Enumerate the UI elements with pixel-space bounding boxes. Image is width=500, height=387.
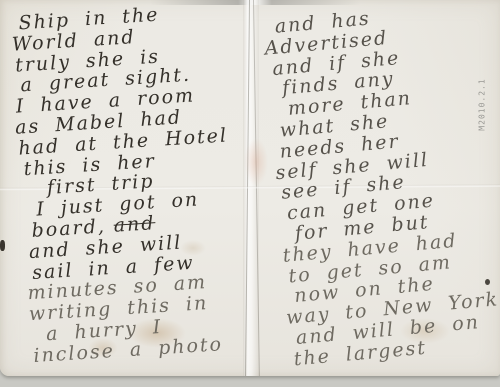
letter-paper-sheet: Ship in the World and truly she is a gre… (0, 0, 500, 376)
ink-blot (0, 240, 5, 251)
letter-page-left: Ship in the World and truly she is a gre… (8, 0, 266, 367)
letter-scan: Ship in the World and truly she is a gre… (0, 0, 500, 387)
letter-page-right: and has Advertised and if she finds any … (260, 0, 500, 370)
accession-number-stamp: M2010.2.1 (478, 65, 487, 145)
